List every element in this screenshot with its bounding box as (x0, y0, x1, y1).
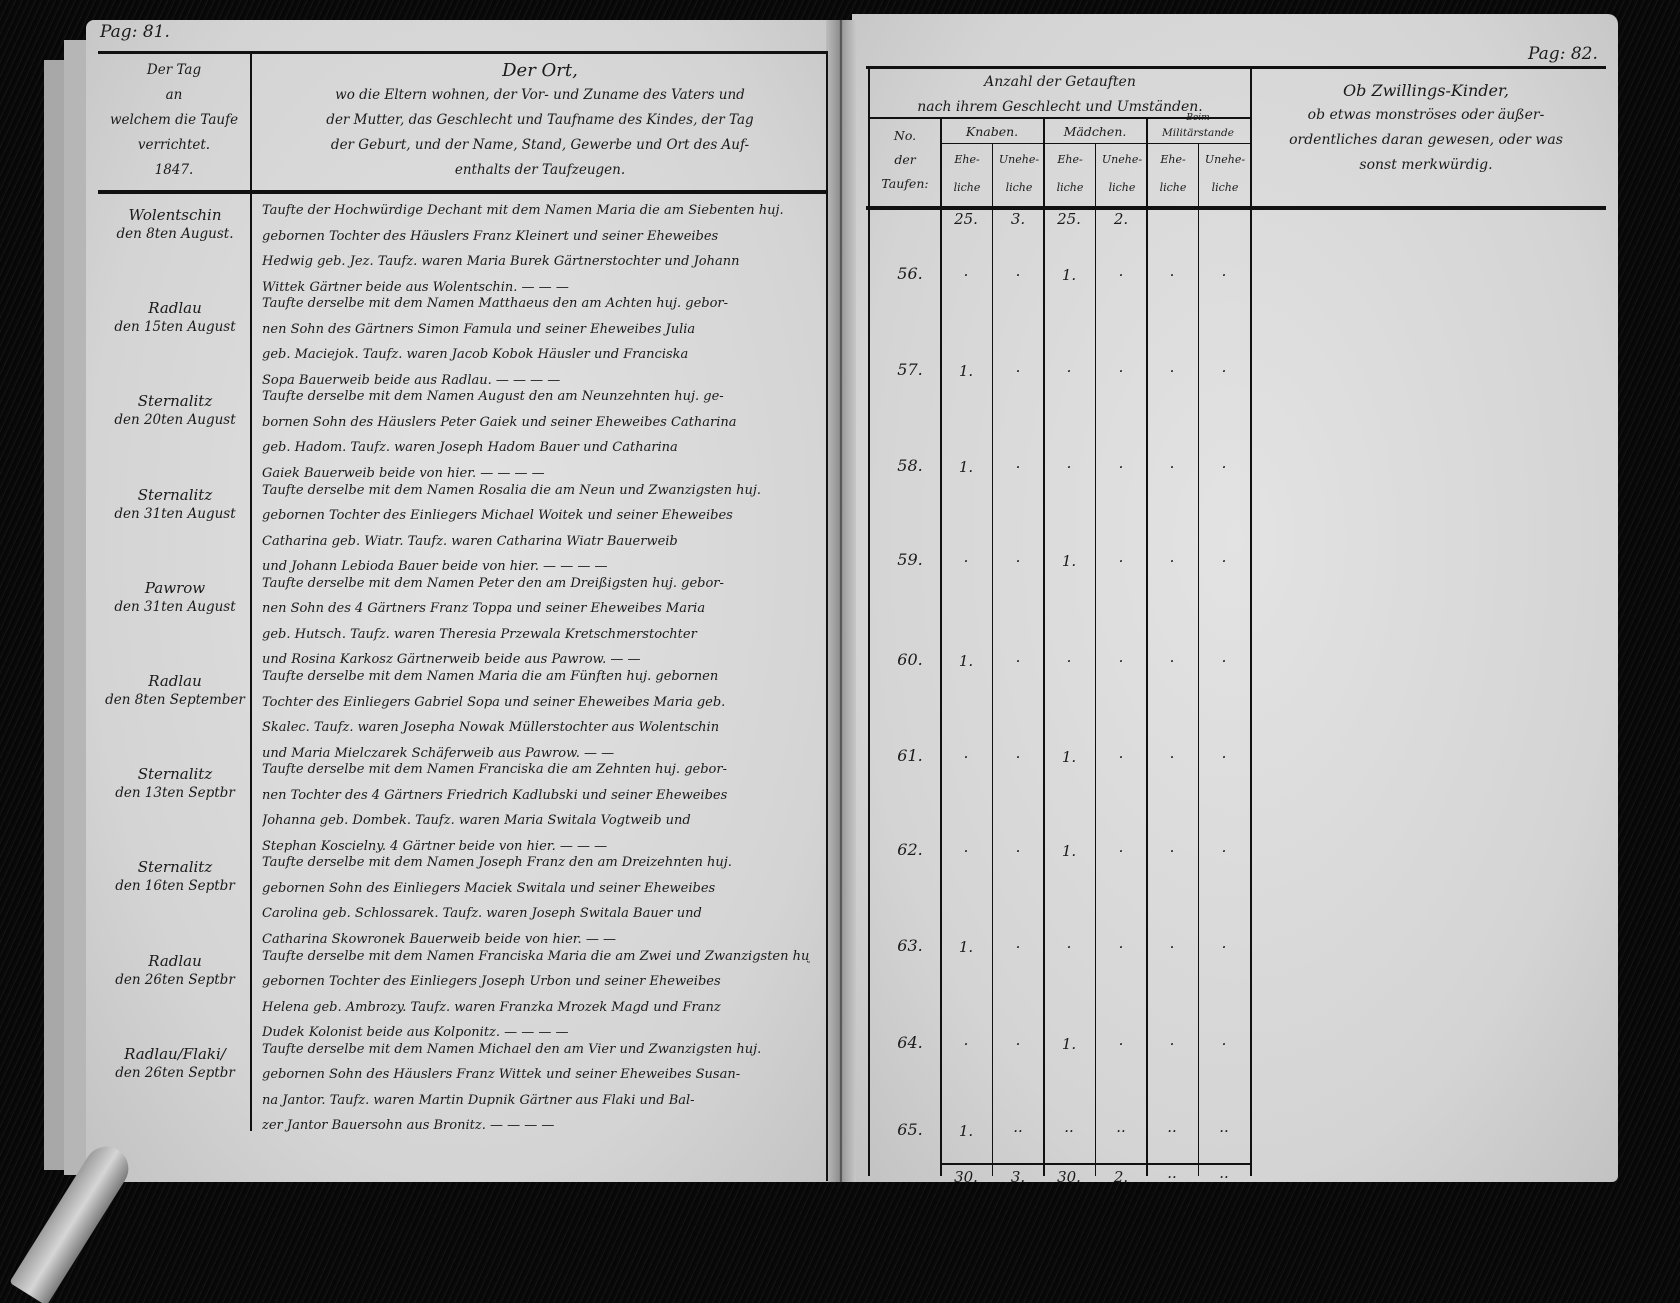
entry-line: Johanna geb. Dombek. Taufz. waren Maria … (262, 808, 810, 834)
count-cell: · (1200, 1035, 1248, 1053)
entry-place: Sternalitz (100, 858, 250, 877)
baptism-number: 57. (880, 360, 940, 379)
column-divider (250, 51, 252, 1131)
entry-date: den 31ten August (100, 598, 250, 617)
column-divider (1198, 143, 1199, 1176)
total-cell: 3. (994, 1168, 1042, 1186)
count-cell: 1. (1045, 748, 1093, 766)
entry-line: Hedwig geb. Jez. Taufz. waren Maria Bure… (262, 249, 810, 275)
entry-line: nen Tochter des 4 Gärtners Friedrich Kad… (262, 783, 810, 809)
count-cell: · (994, 842, 1042, 860)
header-top-rule (98, 51, 828, 54)
count-cell: 1. (942, 652, 990, 670)
total-cell: 2. (1097, 1168, 1145, 1186)
entry-text: Taufte derselbe mit dem Namen Franciska … (262, 944, 810, 1046)
entry-date: den 26ten Septbr (100, 1064, 250, 1083)
carried-forward-cell: 25. (1045, 210, 1093, 228)
entry-text: Taufte derselbe mit dem Namen August den… (262, 384, 810, 486)
count-cell: · (1200, 552, 1248, 570)
entry-line: Taufte derselbe mit dem Namen Maria die … (262, 664, 810, 690)
count-cell: 1. (942, 362, 990, 380)
count-cell: ·· (1097, 1122, 1145, 1140)
carried-forward-cell: 25. (942, 210, 990, 228)
count-cell: · (1097, 842, 1145, 860)
entry-date: den 31ten August (100, 505, 250, 524)
count-cell: · (1148, 458, 1196, 476)
total-cell: 30. (942, 1168, 990, 1186)
total-cell: ·· (1148, 1168, 1196, 1186)
baptism-number: 60. (880, 650, 940, 669)
date-column-header: Der Tag an welchem die Taufe verrichtet.… (100, 58, 248, 183)
subcolumn-header: Ehe-liche (1045, 146, 1095, 202)
carried-forward-cell: 2. (1097, 210, 1145, 228)
entry-line: zer Jantor Bauersohn aus Bronitz. — — — … (262, 1113, 810, 1139)
subcolumn-header: Unehe-liche (994, 146, 1044, 202)
count-cell: · (994, 362, 1042, 380)
entry-place-date: Radlauden 15ten August (100, 299, 250, 337)
entry-line: Taufte derselbe mit dem Namen Peter den … (262, 571, 810, 597)
right-page-number: Pag: 82. (1528, 44, 1598, 64)
group-header-girls: Mädchen. (1045, 119, 1145, 144)
count-cell: · (1200, 362, 1248, 380)
count-cell: · (942, 842, 990, 860)
count-cell: · (1097, 362, 1145, 380)
group-header-boys: Knaben. (942, 119, 1042, 144)
entry-text: Taufte derselbe mit dem Namen Franciska … (262, 757, 810, 859)
count-cell: · (1200, 266, 1248, 284)
count-cell: · (1148, 842, 1196, 860)
count-cell: · (942, 552, 990, 570)
count-cell: · (1148, 652, 1196, 670)
baptism-number: 59. (880, 550, 940, 569)
entry-line: Taufte derselbe mit dem Namen Rosalia di… (262, 478, 810, 504)
entry-line: Tochter des Einliegers Gabriel Sopa und … (262, 690, 810, 716)
entry-text: Taufte derselbe mit dem Namen Peter den … (262, 571, 810, 673)
count-cell: 1. (942, 458, 990, 476)
count-cell: · (1097, 458, 1145, 476)
column-divider (868, 66, 870, 1176)
count-cell: · (1045, 458, 1093, 476)
entry-date: den 8ten August. (100, 225, 250, 244)
entry-place: Pawrow (100, 579, 250, 598)
left-page-number: Pag: 81. (100, 22, 170, 42)
count-cell: · (1097, 938, 1145, 956)
count-cell: · (1097, 1035, 1145, 1053)
entry-place: Sternalitz (100, 765, 250, 784)
count-cell: · (1097, 748, 1145, 766)
baptism-number: 58. (880, 456, 940, 475)
entry-text: Taufte derselbe mit dem Namen Maria die … (262, 664, 810, 766)
baptism-number: 65. (880, 1120, 940, 1139)
entry-place-date: Radlauden 26ten Septbr (100, 952, 250, 990)
entry-line: gebornen Tochter des Einliegers Joseph U… (262, 969, 810, 995)
entry-line: Taufte der Hochwürdige Dechant mit dem N… (262, 198, 810, 224)
entry-text: Taufte derselbe mit dem Namen Joseph Fra… (262, 850, 810, 952)
entry-place: Radlau (100, 672, 250, 691)
entry-line: gebornen Sohn des Häuslers Franz Wittek … (262, 1062, 810, 1088)
number-column-header: No. der Taufen: (870, 124, 940, 196)
entry-line: Taufte derselbe mit dem Namen August den… (262, 384, 810, 410)
entry-date: den 20ten August (100, 411, 250, 430)
entry-date: den 8ten September (100, 691, 250, 710)
count-cell: 1. (1045, 266, 1093, 284)
subcolumn-header: Unehe-liche (1097, 146, 1147, 202)
count-cell: · (994, 1035, 1042, 1053)
count-cell: · (1097, 266, 1145, 284)
column-divider (992, 143, 993, 1176)
carried-forward-cell: 3. (994, 210, 1042, 228)
totals-rule (940, 1163, 1250, 1165)
entry-date: den 26ten Septbr (100, 971, 250, 990)
count-cell: ·· (1148, 1122, 1196, 1140)
entry-place-date: Pawrowden 31ten August (100, 579, 250, 617)
entry-place: Sternalitz (100, 486, 250, 505)
entry-line: Helena geb. Ambrozy. Taufz. waren Franzk… (262, 995, 810, 1021)
count-cell: ·· (994, 1122, 1042, 1140)
entry-place: Radlau (100, 952, 250, 971)
header-top-rule (866, 66, 1606, 69)
entry-line: nen Sohn des Gärtners Simon Famula und s… (262, 317, 810, 343)
remarks-column-header: Ob Zwillings-Kinder, ob etwas monströses… (1256, 78, 1596, 178)
baptism-number: 62. (880, 840, 940, 859)
entry-text: Taufte derselbe mit dem Namen Michael de… (262, 1037, 810, 1139)
count-cell: · (1045, 652, 1093, 670)
entry-line: na Jantor. Taufz. waren Martin Dupnik Gä… (262, 1088, 810, 1114)
count-cell: · (994, 552, 1042, 570)
header-bottom-rule (98, 190, 828, 194)
subcolumn-header: Ehe-liche (942, 146, 992, 202)
total-cell: ·· (1200, 1168, 1248, 1186)
entry-date: den 15ten August (100, 318, 250, 337)
count-cell: · (1097, 652, 1145, 670)
count-cell: ·· (1200, 1122, 1248, 1140)
entry-place: Sternalitz (100, 392, 250, 411)
subcolumn-header: Ehe-liche (1148, 146, 1198, 202)
entry-place-date: Radlau/Flaki/den 26ten Septbr (100, 1045, 250, 1083)
count-cell: · (1148, 748, 1196, 766)
entry-line: Taufte derselbe mit dem Namen Franciska … (262, 944, 810, 970)
entry-date: den 16ten Septbr (100, 877, 250, 896)
count-cell: 1. (942, 1122, 990, 1140)
entry-date: den 13ten Septbr (100, 784, 250, 803)
entry-line: gebornen Tochter des Einliegers Michael … (262, 503, 810, 529)
count-cell: · (1045, 938, 1093, 956)
entry-line: Skalec. Taufz. waren Josepha Nowak Mülle… (262, 715, 810, 741)
count-cell: 1. (1045, 842, 1093, 860)
total-cell: 30. (1045, 1168, 1093, 1186)
count-cell: · (1200, 458, 1248, 476)
column-divider (1250, 66, 1252, 1176)
count-cell: · (1148, 552, 1196, 570)
entry-place-date: Sternalitzden 20ten August (100, 392, 250, 430)
entry-text: Taufte der Hochwürdige Dechant mit dem N… (262, 198, 810, 300)
count-cell: · (1148, 1035, 1196, 1053)
entry-line: geb. Hadom. Taufz. waren Joseph Hadom Ba… (262, 435, 810, 461)
entry-place-date: Sternalitzden 31ten August (100, 486, 250, 524)
entry-place: Radlau/Flaki/ (100, 1045, 250, 1064)
entry-line: Taufte derselbe mit dem Namen Matthaeus … (262, 291, 810, 317)
subcolumn-header: Unehe-liche (1200, 146, 1250, 202)
count-cell: · (942, 266, 990, 284)
entry-place-date: Sternalitzden 16ten Septbr (100, 858, 250, 896)
entry-line: Carolina geb. Schlossarek. Taufz. waren … (262, 901, 810, 927)
count-cell: · (994, 458, 1042, 476)
count-cell: · (994, 652, 1042, 670)
entry-text: Taufte derselbe mit dem Namen Matthaeus … (262, 291, 810, 393)
entry-line: bornen Sohn des Häuslers Peter Gaiek und… (262, 410, 810, 436)
entry-line: gebornen Sohn des Einliegers Maciek Swit… (262, 876, 810, 902)
entry-line: geb. Hutsch. Taufz. waren Theresia Przew… (262, 622, 810, 648)
entry-place-date: Sternalitzden 13ten Septbr (100, 765, 250, 803)
baptism-number: 63. (880, 936, 940, 955)
baptism-number: 64. (880, 1033, 940, 1052)
count-cell: · (1148, 266, 1196, 284)
count-cell: ·· (1045, 1122, 1093, 1140)
count-cell: · (1200, 652, 1248, 670)
entry-line: Taufte derselbe mit dem Namen Joseph Fra… (262, 850, 810, 876)
baptism-number: 56. (880, 264, 940, 283)
count-cell: · (1200, 938, 1248, 956)
entry-line: nen Sohn des 4 Gärtners Franz Toppa und … (262, 596, 810, 622)
entry-line: gebornen Tochter des Häuslers Franz Klei… (262, 224, 810, 250)
entry-line: Taufte derselbe mit dem Namen Michael de… (262, 1037, 810, 1063)
count-cell: · (1200, 748, 1248, 766)
entry-line: Catharina geb. Wiatr. Taufz. waren Catha… (262, 529, 810, 555)
entry-text: Taufte derselbe mit dem Namen Rosalia di… (262, 478, 810, 580)
book-gutter (826, 20, 856, 1182)
entry-place: Radlau (100, 299, 250, 318)
count-cell: · (1200, 842, 1248, 860)
count-cell: 1. (1045, 1035, 1093, 1053)
place-column-header: Der Ort, wo die Eltern wohnen, der Vor- … (256, 58, 824, 183)
count-cell: · (994, 266, 1042, 284)
count-cell: · (942, 748, 990, 766)
count-cell: · (994, 748, 1042, 766)
column-divider (826, 51, 828, 1181)
count-cell: · (1148, 362, 1196, 380)
entry-place-date: Wolentschinden 8ten August. (100, 206, 250, 244)
count-cell: · (942, 1035, 990, 1053)
entry-line: Taufte derselbe mit dem Namen Franciska … (262, 757, 810, 783)
baptism-number: 61. (880, 746, 940, 765)
entry-place: Wolentschin (100, 206, 250, 225)
count-cell: · (1045, 362, 1093, 380)
entry-line: geb. Maciejok. Taufz. waren Jacob Kobok … (262, 342, 810, 368)
count-cell: · (1148, 938, 1196, 956)
group-header-military: Militärstande (1148, 121, 1248, 146)
count-cell: 1. (1045, 552, 1093, 570)
count-cell: 1. (942, 938, 990, 956)
count-cell: · (1097, 552, 1145, 570)
column-divider (1095, 143, 1096, 1176)
entry-place-date: Radlauden 8ten September (100, 672, 250, 710)
count-cell: · (994, 938, 1042, 956)
